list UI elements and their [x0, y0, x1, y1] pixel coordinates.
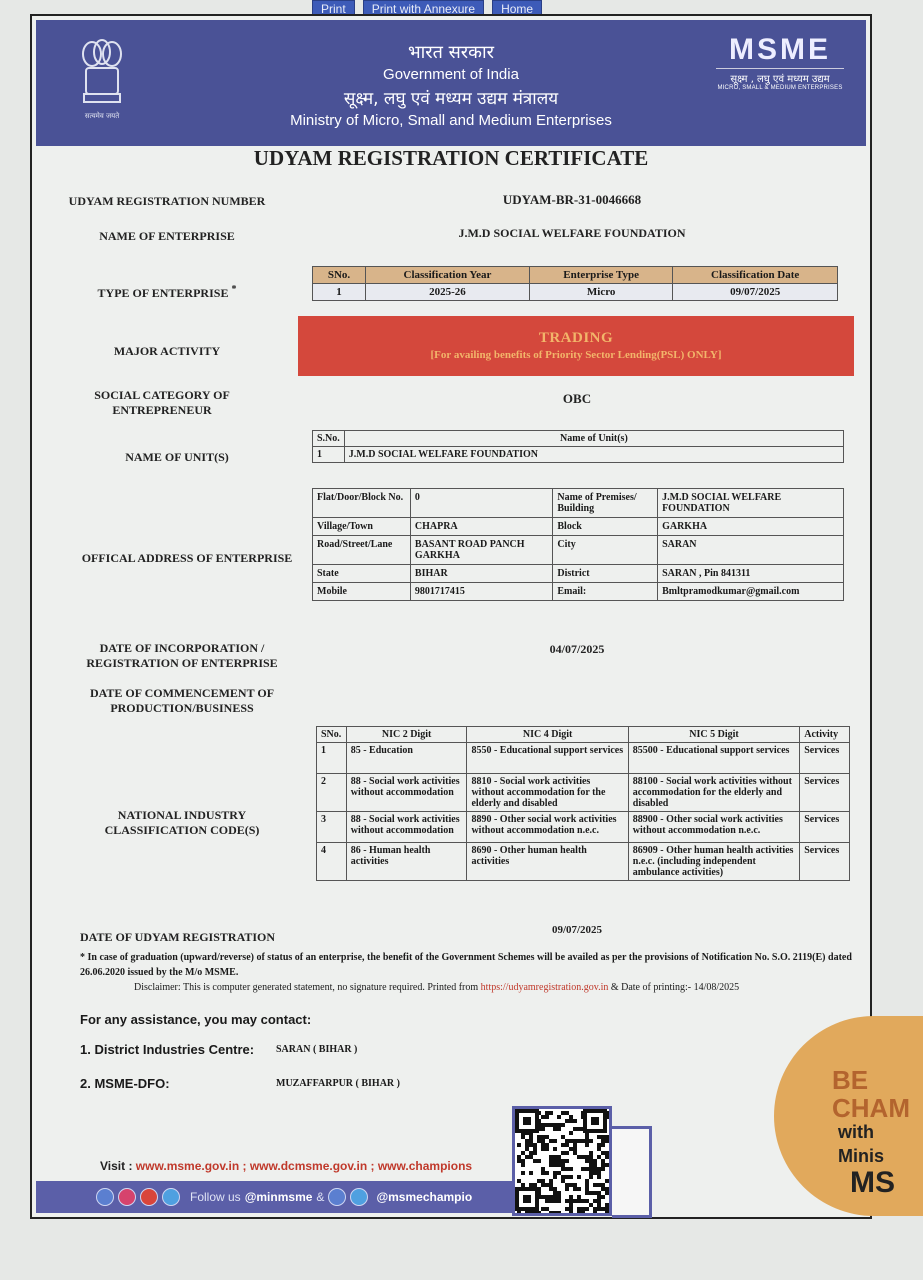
table-cell: 1	[317, 743, 347, 774]
commencement-label: DATE OF COMMENCEMENT OF PRODUCTION/BUSIN…	[82, 686, 282, 716]
address-value: SARAN , Pin 841311	[658, 565, 844, 583]
incorporation-label: DATE OF INCORPORATION / REGISTRATION OF …	[72, 641, 292, 671]
table-row: Road/Street/LaneBASANT ROAD PANCH GARKHA…	[313, 536, 844, 565]
msme-logo: MSME सूक्ष्म , लघु एवं मध्यम उद्यम MICRO…	[716, 34, 844, 91]
table-header-row: SNo.Classification YearEnterprise TypeCl…	[313, 267, 838, 284]
type-of-enterprise-label: TYPE OF ENTERPRISE *	[52, 284, 282, 301]
major-activity-value: TRADING	[298, 330, 854, 347]
address-value: Bmltpramodkumar@gmail.com	[658, 583, 844, 601]
column-header: SNo.	[313, 267, 366, 284]
table-cell: Micro	[529, 284, 672, 301]
address-field-label: State	[313, 565, 411, 583]
qr-code-icon	[515, 1109, 609, 1213]
column-header: Enterprise Type	[529, 267, 672, 284]
msmechampions-handle[interactable]: @msmechampio	[376, 1190, 472, 1204]
address-field-label: Village/Town	[313, 518, 411, 536]
facebook-icon[interactable]	[96, 1188, 114, 1206]
visit-links: Visit : www.msme.gov.in ; www.dcmsme.gov…	[100, 1159, 472, 1173]
facebook-icon-2[interactable]	[328, 1188, 346, 1206]
table-cell: 4	[317, 843, 347, 881]
table-row: StateBIHARDistrictSARAN , Pin 841311	[313, 565, 844, 583]
certificate-title: UDYAM REGISTRATION CERTIFICATE	[32, 146, 870, 171]
disclaimer: Disclaimer: This is computer generated s…	[134, 982, 739, 993]
assistance-item-msme-dfo: 2. MSME-DFO: MUZAFFARPUR ( BIHAR )	[80, 1076, 170, 1091]
column-header: NIC 4 Digit	[467, 727, 628, 743]
social-category-value: OBC	[512, 391, 642, 407]
header-banner: सत्यमेव जयते भारत सरकार Government of In…	[36, 20, 866, 146]
table-cell: Services	[800, 812, 850, 843]
table-cell: 09/07/2025	[673, 284, 838, 301]
udyam-date-value: 09/07/2025	[512, 924, 642, 936]
youtube-icon[interactable]	[140, 1188, 158, 1206]
graduation-note: * In case of graduation (upward/reverse)…	[80, 950, 860, 980]
twitter-icon[interactable]	[162, 1188, 180, 1206]
table-cell: 86 - Human health activities	[346, 843, 467, 881]
address-field-label: Name of Premises/ Building	[553, 489, 658, 518]
column-header: Activity	[800, 727, 850, 743]
table-header-row: SNo.NIC 2 DigitNIC 4 DigitNIC 5 DigitAct…	[317, 727, 850, 743]
champions-promo: BECHAM withMinis MS	[774, 1016, 923, 1216]
major-activity-note: [For availing benefits of Priority Secto…	[298, 349, 854, 361]
certificate-page: सत्यमेव जयते भारत सरकार Government of In…	[30, 14, 872, 1219]
table-row: Mobile9801717415Email:Bmltpramodkumar@gm…	[313, 583, 844, 601]
registration-number-value: UDYAM-BR-31-0046668	[392, 192, 752, 208]
enterprise-name-label: NAME OF ENTERPRISE	[52, 229, 282, 244]
units-label: NAME OF UNIT(S)	[52, 450, 302, 465]
table-row: Village/TownCHAPRABlockGARKHA	[313, 518, 844, 536]
table-row: 288 - Social work activities without acc…	[317, 774, 850, 812]
ministry-text: Ministry of Micro, Small and Medium Ente…	[36, 112, 866, 129]
incorporation-date: 04/07/2025	[512, 642, 642, 657]
table-row: 185 - Education8550 - Educational suppor…	[317, 743, 850, 774]
assistance-item-dic: 1. District Industries Centre: SARAN ( B…	[80, 1042, 254, 1057]
table-cell: 2	[317, 774, 347, 812]
column-header: NIC 2 Digit	[346, 727, 467, 743]
column-header: S.No.	[313, 431, 345, 447]
table-row: 1J.M.D SOCIAL WELFARE FOUNDATION	[313, 447, 844, 463]
column-header: NIC 5 Digit	[628, 727, 799, 743]
table-cell: J.M.D SOCIAL WELFARE FOUNDATION	[344, 447, 843, 463]
table-row: 388 - Social work activities without acc…	[317, 812, 850, 843]
address-table: Flat/Door/Block No.0Name of Premises/ Bu…	[312, 488, 844, 601]
table-cell: 88 - Social work activities without acco…	[346, 812, 467, 843]
qr-code	[512, 1106, 612, 1216]
address-field-label: City	[553, 536, 658, 565]
table-cell: 1	[313, 284, 366, 301]
table-cell: 86909 - Other human health activities n.…	[628, 843, 799, 881]
table-row: Flat/Door/Block No.0Name of Premises/ Bu…	[313, 489, 844, 518]
units-table: S.No.Name of Unit(s)1J.M.D SOCIAL WELFAR…	[312, 430, 844, 463]
assistance-heading: For any assistance, you may contact:	[80, 1012, 311, 1027]
table-header-row: S.No.Name of Unit(s)	[313, 431, 844, 447]
nic-table: SNo.NIC 2 DigitNIC 4 DigitNIC 5 DigitAct…	[316, 726, 850, 881]
nic-label: NATIONAL INDUSTRY CLASSIFICATION CODE(S)	[82, 808, 282, 838]
address-field-label: Email:	[553, 583, 658, 601]
address-label: OFFICAL ADDRESS OF ENTERPRISE	[52, 551, 322, 566]
table-cell: 1	[313, 447, 345, 463]
address-value: 9801717415	[410, 583, 552, 601]
assistance-section: For any assistance, you may contact: 1. …	[80, 1012, 311, 1027]
address-field-label: District	[553, 565, 658, 583]
social-category-label: SOCIAL CATEGORY OF ENTREPRENEUR	[82, 388, 242, 418]
column-header: Classification Date	[673, 267, 838, 284]
table-row: 12025-26Micro09/07/2025	[313, 284, 838, 301]
social-footer-bar: Follow us @minmsme & @msmechampio	[36, 1181, 536, 1213]
website-links[interactable]: www.msme.gov.in ; www.dcmsme.gov.in ; ww…	[136, 1159, 472, 1173]
table-cell: 85500 - Educational support services	[628, 743, 799, 774]
table-cell: 3	[317, 812, 347, 843]
table-row: 486 - Human health activities8690 - Othe…	[317, 843, 850, 881]
address-field-label: Flat/Door/Block No.	[313, 489, 411, 518]
address-value: SARAN	[658, 536, 844, 565]
column-header: SNo.	[317, 727, 347, 743]
table-cell: Services	[800, 774, 850, 812]
address-value: BIHAR	[410, 565, 552, 583]
major-activity-banner: TRADING [For availing benefits of Priori…	[298, 316, 854, 376]
table-cell: 85 - Education	[346, 743, 467, 774]
address-value: 0	[410, 489, 552, 518]
table-cell: 88900 - Other social work activities wit…	[628, 812, 799, 843]
table-cell: 8690 - Other human health activities	[467, 843, 628, 881]
instagram-icon[interactable]	[118, 1188, 136, 1206]
address-field-label: Road/Street/Lane	[313, 536, 411, 565]
table-cell: 88 - Social work activities without acco…	[346, 774, 467, 812]
twitter-icon-2[interactable]	[350, 1188, 368, 1206]
qr-frame	[612, 1126, 652, 1218]
table-cell: Services	[800, 743, 850, 774]
major-activity-label: MAJOR ACTIVITY	[52, 344, 282, 359]
address-value: CHAPRA	[410, 518, 552, 536]
classification-table: SNo.Classification YearEnterprise TypeCl…	[312, 266, 838, 301]
table-cell: 88100 - Social work activities without a…	[628, 774, 799, 812]
table-cell: 8890 - Other social work activities with…	[467, 812, 628, 843]
column-header: Name of Unit(s)	[344, 431, 843, 447]
udyam-registration-link[interactable]: https://udyamregistration.gov.in	[481, 982, 609, 993]
table-cell: 2025-26	[365, 284, 529, 301]
minmsme-handle[interactable]: @minmsme	[245, 1190, 313, 1204]
address-value: GARKHA	[658, 518, 844, 536]
address-value: BASANT ROAD PANCH GARKHA	[410, 536, 552, 565]
table-cell: 8550 - Educational support services	[467, 743, 628, 774]
enterprise-name-value: J.M.D SOCIAL WELFARE FOUNDATION	[392, 226, 752, 241]
registration-number-label: UDYAM REGISTRATION NUMBER	[52, 194, 282, 209]
address-field-label: Mobile	[313, 583, 411, 601]
table-cell: Services	[800, 843, 850, 881]
column-header: Classification Year	[365, 267, 529, 284]
udyam-date-label: DATE OF UDYAM REGISTRATION	[80, 930, 300, 945]
table-cell: 8810 - Social work activities without ac…	[467, 774, 628, 812]
address-field-label: Block	[553, 518, 658, 536]
address-value: J.M.D SOCIAL WELFARE FOUNDATION	[658, 489, 844, 518]
